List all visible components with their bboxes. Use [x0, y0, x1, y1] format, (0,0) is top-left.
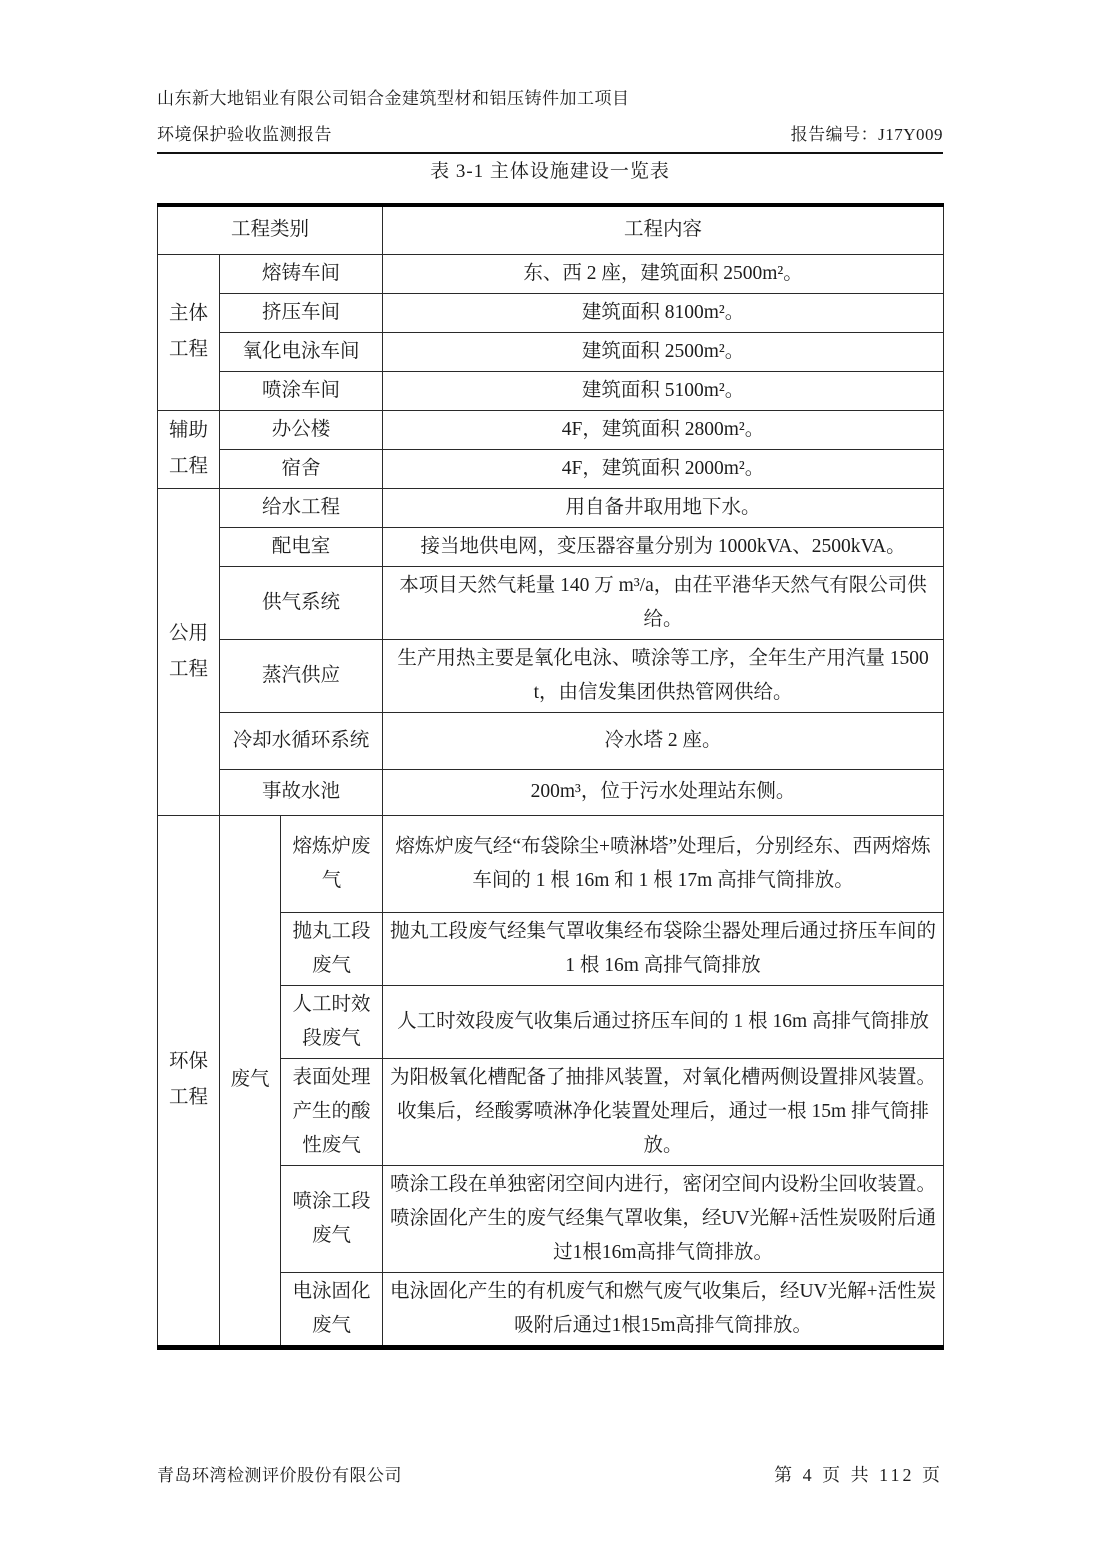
table-title: 表 3-1 主体设施建设一览表 — [0, 156, 1100, 183]
subcategory-cell: 废气 — [220, 815, 281, 1347]
content-cell: 建筑面积 5100m²。 — [383, 371, 944, 410]
table-row: 氧化电泳车间 建筑面积 2500m²。 — [158, 332, 944, 371]
content-cell: 本项目天然气耗量 140 万 m³/a，由茌平港华天然气有限公司供给。 — [383, 566, 944, 639]
table-row: 环保工程 废气 熔炼炉废气 熔炼炉废气经“布袋除尘+喷淋塔”处理后，分别经东、西… — [158, 815, 944, 912]
document-header: 山东新大地铝业有限公司铝合金建筑型材和铝压铸件加工项目 环境保护验收监测报告 报… — [157, 84, 943, 154]
content-cell: 熔炼炉废气经“布袋除尘+喷淋塔”处理后，分别经东、西两熔炼车间的 1 根 16m… — [383, 815, 944, 912]
document-footer: 青岛环湾检测评价股份有限公司 第 4 页 共 112 页 — [157, 1461, 943, 1487]
item-name-cell: 供气系统 — [220, 566, 383, 639]
content-cell: 接当地供电网，变压器容量分别为 1000kVA、2500kVA。 — [383, 527, 944, 566]
item-name-cell: 宿舍 — [220, 449, 383, 488]
table-row: 供气系统 本项目天然气耗量 140 万 m³/a，由茌平港华天然气有限公司供给。 — [158, 566, 944, 639]
item-name-cell: 挤压车间 — [220, 293, 383, 332]
table-row: 辅助工程 办公楼 4F，建筑面积 2800m²。 — [158, 410, 944, 449]
category-group-cell: 公用工程 — [158, 488, 220, 815]
content-cell: 冷水塔 2 座。 — [383, 712, 944, 769]
content-cell: 喷涂工段在单独密闭空间内进行，密闭空间内设粉尘回收装置。喷涂固化产生的废气经集气… — [383, 1165, 944, 1272]
item-name-cell: 抛丸工段废气 — [281, 912, 383, 985]
table-row: 事故水池 200m³，位于污水处理站东侧。 — [158, 769, 944, 815]
content-cell: 4F，建筑面积 2800m²。 — [383, 410, 944, 449]
table-row: 喷涂车间 建筑面积 5100m²。 — [158, 371, 944, 410]
content-cell: 4F，建筑面积 2000m²。 — [383, 449, 944, 488]
report-type: 环境保护验收监测报告 — [157, 120, 332, 145]
item-name-cell: 电泳固化废气 — [281, 1272, 383, 1347]
item-name-cell: 熔铸车间 — [220, 254, 383, 293]
content-cell: 电泳固化产生的有机废气和燃气废气收集后，经UV光解+活性炭吸附后通过1根15m高… — [383, 1272, 944, 1347]
project-title: 山东新大地铝业有限公司铝合金建筑型材和铝压铸件加工项目 — [157, 84, 943, 109]
item-name-cell: 熔炼炉废气 — [281, 815, 383, 912]
content-cell: 东、西 2 座，建筑面积 2500m²。 — [383, 254, 944, 293]
item-name-cell: 喷涂车间 — [220, 371, 383, 410]
content-cell: 200m³，位于污水处理站东侧。 — [383, 769, 944, 815]
category-group-cell: 主体工程 — [158, 254, 220, 410]
report-header-row: 环境保护验收监测报告 报告编号：J17Y009 — [157, 120, 943, 154]
item-name-cell: 给水工程 — [220, 488, 383, 527]
content-cell: 人工时效段废气收集后通过挤压车间的 1 根 16m 高排气筒排放 — [383, 985, 944, 1058]
content-cell: 用自备井取用地下水。 — [383, 488, 944, 527]
category-group-cell: 辅助工程 — [158, 410, 220, 488]
content-cell: 建筑面积 2500m²。 — [383, 332, 944, 371]
content-cell: 抛丸工段废气经集气罩收集经布袋除尘器处理后通过挤压车间的 1 根 16m 高排气… — [383, 912, 944, 985]
table-row: 公用工程 给水工程 用自备井取用地下水。 — [158, 488, 944, 527]
col-header-content: 工程内容 — [383, 205, 944, 254]
table-row: 主体工程 熔铸车间 东、西 2 座，建筑面积 2500m²。 — [158, 254, 944, 293]
facilities-table: 工程类别 工程内容 主体工程 熔铸车间 东、西 2 座，建筑面积 2500m²。… — [157, 203, 944, 1350]
item-name-cell: 蒸汽供应 — [220, 639, 383, 712]
category-group-cell: 环保工程 — [158, 815, 220, 1347]
table-row: 挤压车间 建筑面积 8100m²。 — [158, 293, 944, 332]
footer-company: 青岛环湾检测评价股份有限公司 — [157, 1461, 402, 1486]
item-name-cell: 配电室 — [220, 527, 383, 566]
item-name-cell: 表面处理产生的酸性废气 — [281, 1058, 383, 1165]
table-header-row: 工程类别 工程内容 — [158, 205, 944, 254]
item-name-cell: 事故水池 — [220, 769, 383, 815]
item-name-cell: 冷却水循环系统 — [220, 712, 383, 769]
content-cell: 建筑面积 8100m²。 — [383, 293, 944, 332]
table-row: 蒸汽供应 生产用热主要是氧化电泳、喷涂等工序，全年生产用汽量 1500t，由信发… — [158, 639, 944, 712]
item-name-cell: 办公楼 — [220, 410, 383, 449]
content-cell: 为阳极氧化槽配备了抽排风装置，对氧化槽两侧设置排风装置。收集后，经酸雾喷淋净化装… — [383, 1058, 944, 1165]
item-name-cell: 氧化电泳车间 — [220, 332, 383, 371]
table-row: 配电室 接当地供电网，变压器容量分别为 1000kVA、2500kVA。 — [158, 527, 944, 566]
item-name-cell: 喷涂工段废气 — [281, 1165, 383, 1272]
table-row: 宿舍 4F，建筑面积 2000m²。 — [158, 449, 944, 488]
report-number: 报告编号：J17Y009 — [791, 120, 943, 145]
content-cell: 生产用热主要是氧化电泳、喷涂等工序，全年生产用汽量 1500t，由信发集团供热管… — [383, 639, 944, 712]
footer-page-number: 第 4 页 共 112 页 — [774, 1461, 943, 1487]
col-header-category: 工程类别 — [158, 205, 383, 254]
item-name-cell: 人工时效段废气 — [281, 985, 383, 1058]
table-row: 冷却水循环系统 冷水塔 2 座。 — [158, 712, 944, 769]
